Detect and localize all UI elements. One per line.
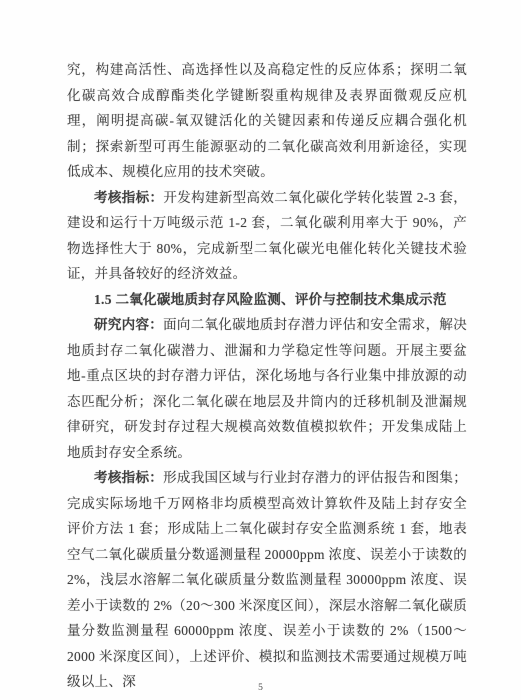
- paragraph-text: 究，构建高活性、高选择性以及高稳定性的反应体系；探明二氧化碳高效合成醇酯类化学键…: [67, 62, 467, 179]
- section-heading-1-5: 1.5 二氧化碳地质封存风险监测、评价与控制技术集成示范: [67, 287, 467, 313]
- paragraph-research-content: 研究内容：面向二氧化碳地质封存潜力评估和安全需求，解决地质封存二氧化碳潜力、泄漏…: [67, 312, 467, 465]
- paragraph-label-assessment-1: 考核指标：: [94, 190, 163, 205]
- paragraph-text: 面向二氧化碳地质封存潜力评估和安全需求，解决地质封存二氧化碳潜力、泄漏和力学稳定…: [67, 317, 467, 460]
- page-number: 5: [0, 683, 521, 693]
- paragraph-label-assessment-2: 考核指标：: [94, 470, 163, 485]
- paragraph-text: 形成我国区域与行业封存潜力的评估报告和图集；完成实际场地千万网格非均质模型高效计…: [67, 470, 467, 689]
- text-block: 究，构建高活性、高选择性以及高稳定性的反应体系；探明二氧化碳高效合成醇酯类化学键…: [67, 57, 467, 695]
- section-heading-text: 1.5 二氧化碳地质封存风险监测、评价与控制技术集成示范: [94, 292, 447, 307]
- paragraph-research-continuation: 究，构建高活性、高选择性以及高稳定性的反应体系；探明二氧化碳高效合成醇酯类化学键…: [67, 57, 467, 185]
- document-page: 究，构建高活性、高选择性以及高稳定性的反应体系；探明二氧化碳高效合成醇酯类化学键…: [0, 0, 521, 700]
- paragraph-assessment-indicators-1: 考核指标：开发构建新型高效二氧化碳化学转化装置 2-3 套，建设和运行十万吨级示…: [67, 185, 467, 287]
- paragraph-assessment-indicators-2: 考核指标：形成我国区域与行业封存潜力的评估报告和图集；完成实际场地千万网格非均质…: [67, 465, 467, 695]
- paragraph-label-research-content: 研究内容：: [94, 317, 163, 332]
